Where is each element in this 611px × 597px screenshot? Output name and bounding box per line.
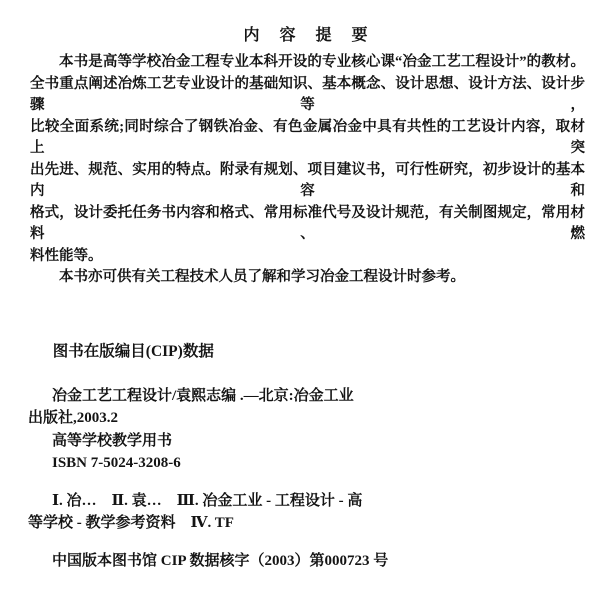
- cip-classification-line-2: 等学校 - 教学参考资料 Ⅳ. TF: [28, 512, 571, 535]
- abstract-line-1: 本书是高等学校冶金工程专业本科开设的专业核心课“冶金工艺工程设计”的教材。: [30, 52, 585, 74]
- cip-heading: 图书在版编目(CIP)数据: [28, 341, 571, 364]
- cip-entry-isbn-line: ISBN 7-5024-3208-6: [28, 452, 571, 475]
- book-copyright-page: 内 容 提 要 本书是高等学校冶金工程专业本科开设的专业核心课“冶金工艺工程设计…: [0, 0, 611, 597]
- cip-entry-publisher-line: 出版社,2003.2: [28, 407, 571, 430]
- abstract-note-line: 本书亦可供有关工程技术人员了解和学习冶金工程设计时参考。: [30, 267, 585, 289]
- abstract-line-2: 全书重点阐述冶炼工艺专业设计的基础知识、基本概念、设计思想、设计方法、设计步骤等…: [30, 74, 585, 117]
- page-title: 内 容 提 要: [0, 22, 611, 45]
- cip-entry-title-line: 冶金工艺工程设计/袁熙志编 .—北京:冶金工业: [28, 385, 571, 408]
- abstract-line-3: 比较全面系统;同时综合了钢铁冶金、有色金属冶金中具有共性的工艺设计内容，取材上突: [30, 117, 585, 160]
- abstract-line-4: 出先进、规范、实用的特点。附录有规划、项目建议书，可行性研究，初步设计的基本内容…: [30, 160, 585, 203]
- abstract-paragraph: 本书是高等学校冶金工程专业本科开设的专业核心课“冶金工艺工程设计”的教材。 全书…: [30, 52, 585, 289]
- abstract-line-6: 料性能等。: [30, 246, 585, 268]
- cip-section: 图书在版编目(CIP)数据 冶金工艺工程设计/袁熙志编 .—北京:冶金工业 出版…: [28, 341, 571, 572]
- cip-record-number: 中国版本图书馆 CIP 数据核字（2003）第000723 号: [28, 550, 571, 573]
- cip-classification-line-1: Ⅰ. 冶… Ⅱ. 袁… Ⅲ. 冶金工业 - 工程设计 - 高: [28, 490, 571, 513]
- abstract-line-5: 格式，设计委托任务书内容和格式、常用标准代号及设计规范，有关制图规定，常用材料、…: [30, 203, 585, 246]
- cip-entry-series-line: 高等学校教学用书: [28, 430, 571, 453]
